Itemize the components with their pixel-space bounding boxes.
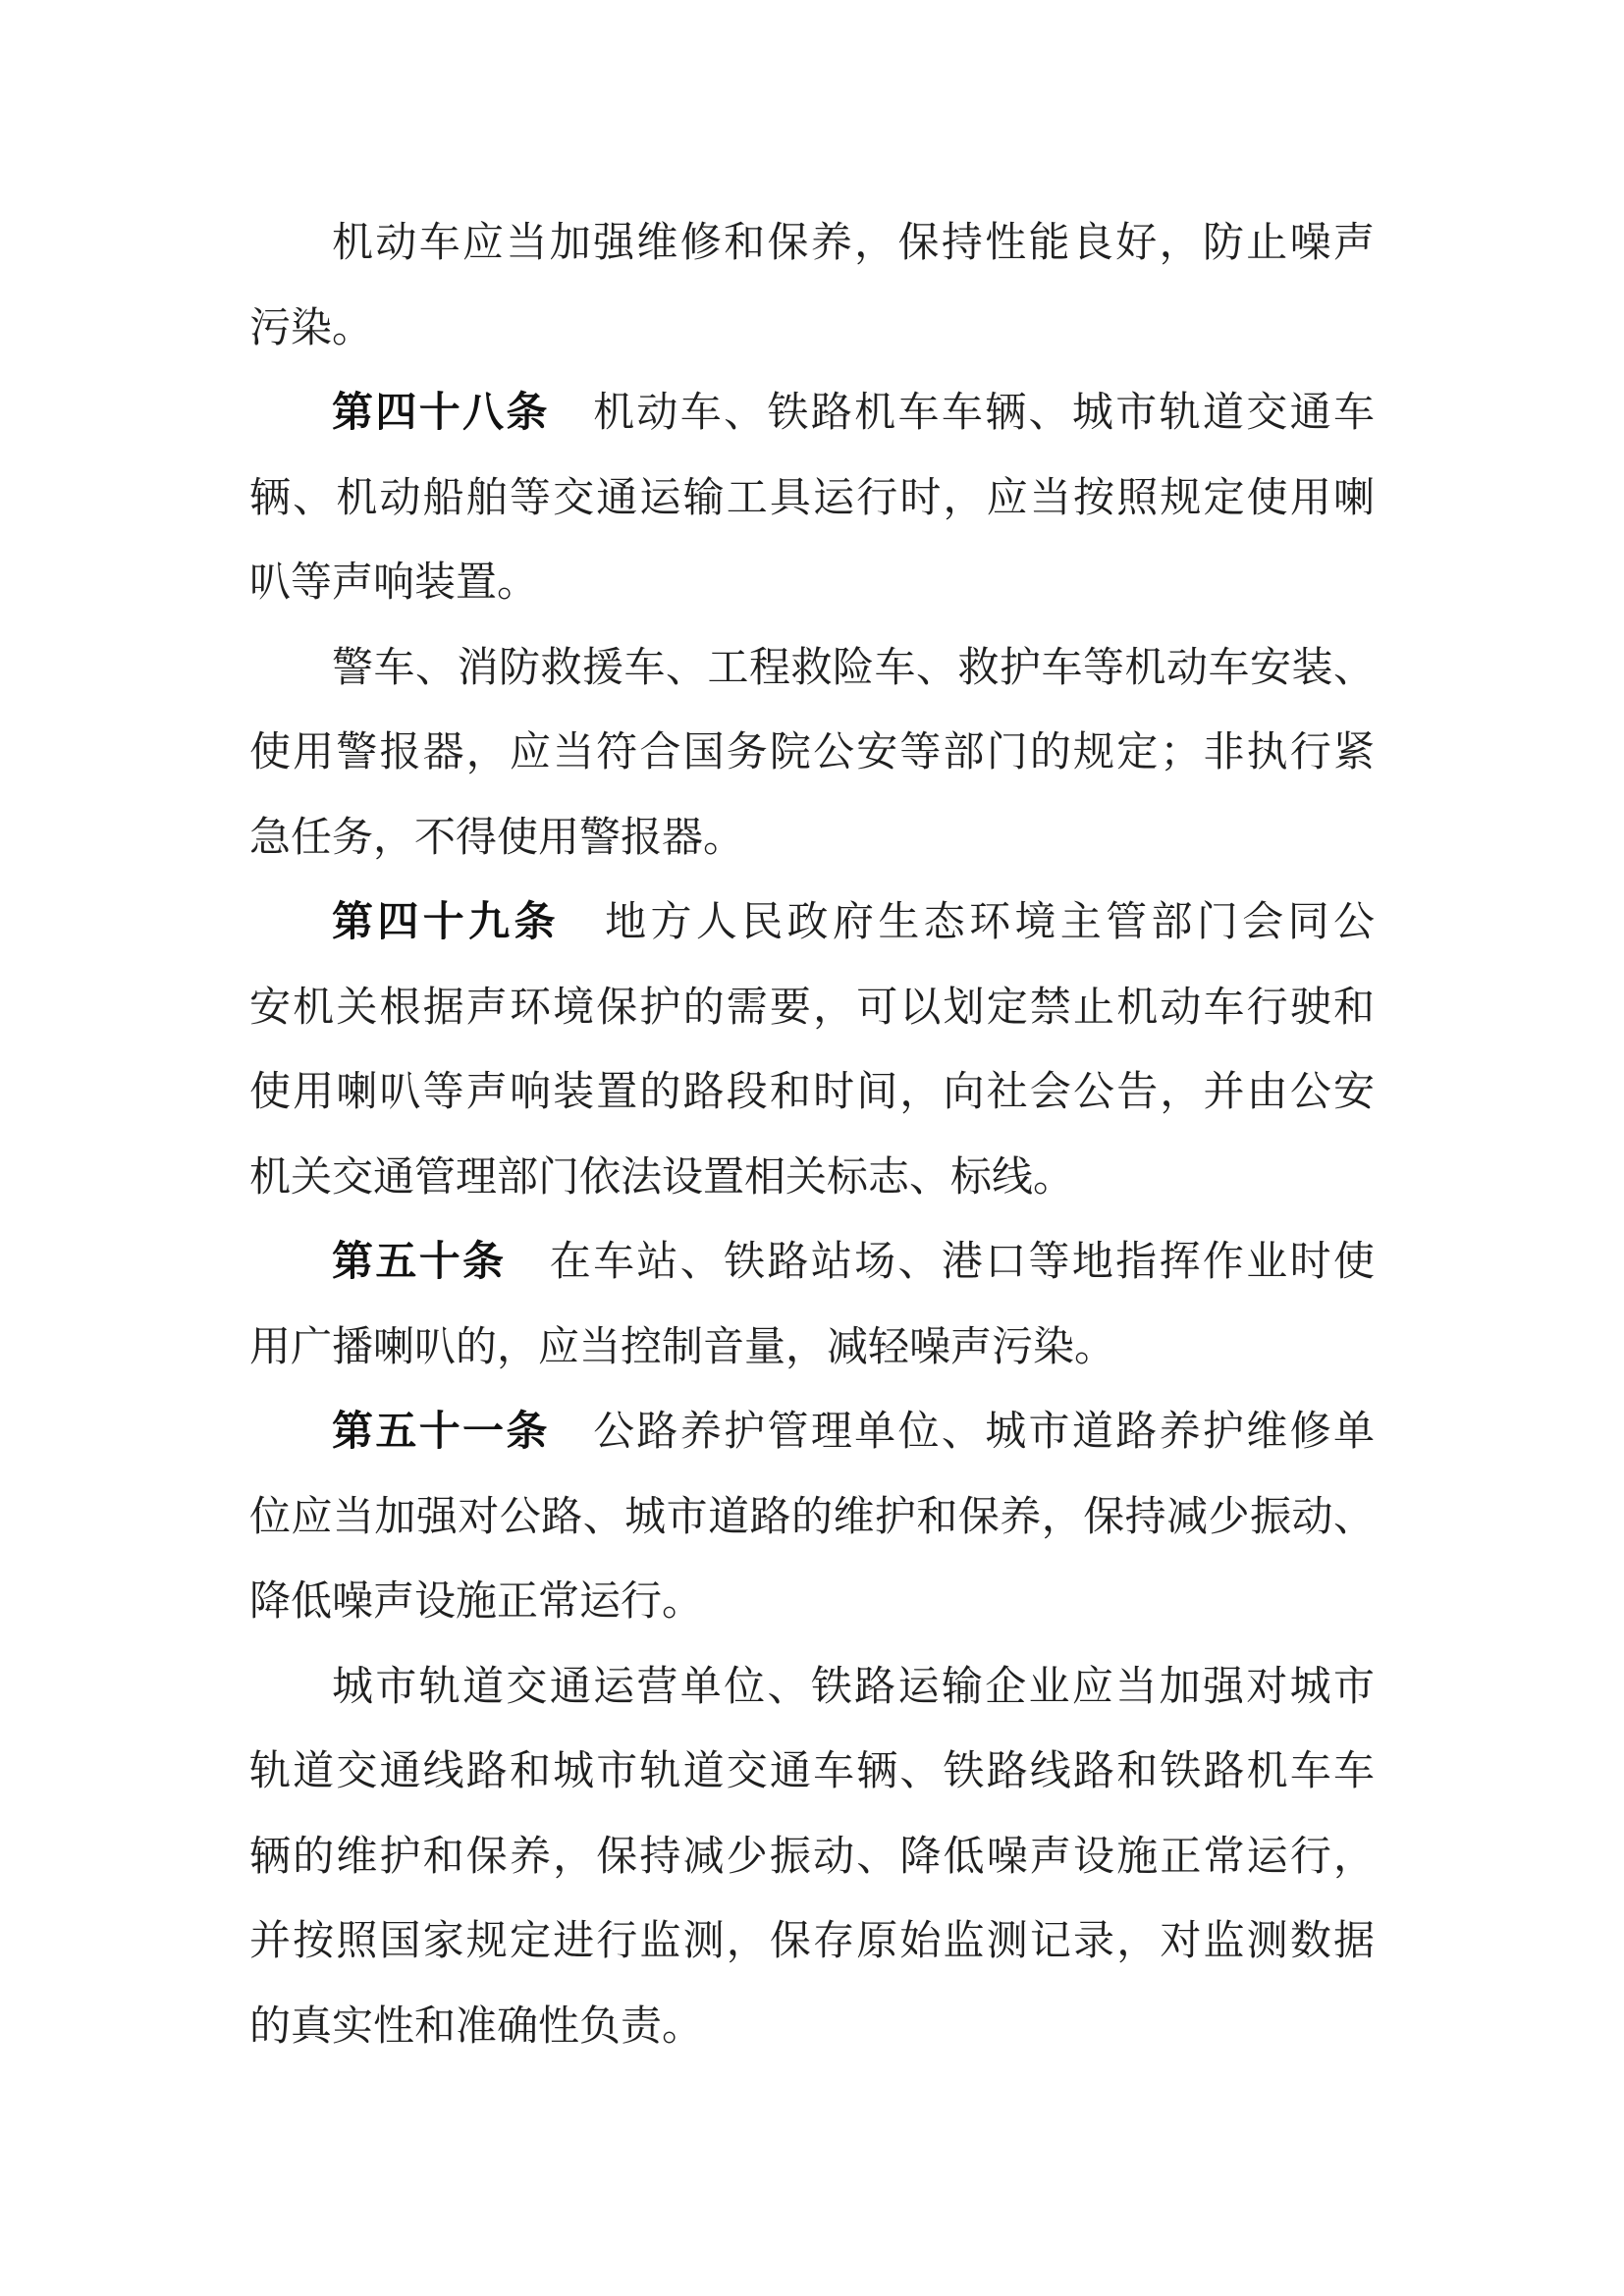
text-segment: 机动车应当加强维修和保养，保持性能良好，防止噪声 <box>332 221 1375 266</box>
text-segment: 公路养护管理单位、城市道路养护维修单 <box>550 1410 1375 1455</box>
article-number: 第五十一条 <box>332 1410 550 1455</box>
text-segment: 安机关根据声环境保护的需要，可以划定禁止机动车行驶和 <box>249 986 1375 1031</box>
text-line: 辆的维护和保养，保持减少振动、降低噪声设施正常运行， <box>249 1815 1375 1900</box>
text-segment: 轨道交通线路和城市轨道交通车辆、铁路线路和铁路机车车 <box>249 1749 1375 1794</box>
text-line: 机动车应当加强维修和保养，保持性能良好，防止噪声 <box>249 201 1375 287</box>
text-segment: 城市轨道交通运营单位、铁路运输企业应当加强对城市 <box>332 1665 1375 1710</box>
text-line: 轨道交通线路和城市轨道交通车辆、铁路线路和铁路机车车 <box>249 1730 1375 1815</box>
text-line: 污染。 <box>249 287 1375 372</box>
text-lines: 机动车应当加强维修和保养，保持性能良好，防止噪声污染。第四十八条 机动车、铁路机… <box>249 201 1375 2069</box>
text-segment: 使用喇叭等声响装置的路段和时间，向社会公告，并由公安 <box>249 1070 1375 1115</box>
text-segment: 的真实性和准确性负责。 <box>249 2004 703 2050</box>
text-line: 城市轨道交通运营单位、铁路运输企业应当加强对城市 <box>249 1645 1375 1731</box>
text-line: 辆、机动船舶等交通运输工具运行时，应当按照规定使用喇 <box>249 456 1375 542</box>
text-line: 第四十九条 地方人民政府生态环境主管部门会同公 <box>249 881 1375 966</box>
text-segment: 机动车、铁路机车车辆、城市轨道交通车 <box>550 391 1375 436</box>
text-segment: 机关交通管理部门依法设置相关标志、标线。 <box>249 1155 1074 1201</box>
document-page: 机动车应当加强维修和保养，保持性能良好，防止噪声污染。第四十八条 机动车、铁路机… <box>0 0 1624 2296</box>
text-segment: 急任务，不得使用警报器。 <box>249 816 744 861</box>
text-line: 用广播喇叭的，应当控制音量，减轻噪声污染。 <box>249 1306 1375 1391</box>
text-segment: 在车站、铁路站场、港口等地指挥作业时使 <box>506 1240 1375 1285</box>
text-segment: 降低噪声设施正常运行。 <box>249 1579 703 1625</box>
text-line: 第五十条 在车站、铁路站场、港口等地指挥作业时使 <box>249 1220 1375 1306</box>
article-number: 第五十条 <box>332 1240 506 1285</box>
text-line: 机关交通管理部门依法设置相关标志、标线。 <box>249 1136 1375 1221</box>
text-line: 的真实性和准确性负责。 <box>249 1985 1375 2070</box>
text-segment: 使用警报器，应当符合国务院公安等部门的规定；非执行紧 <box>249 730 1375 775</box>
text-line: 并按照国家规定进行监测，保存原始监测记录，对监测数据 <box>249 1899 1375 1985</box>
text-line: 警车、消防救援车、工程救险车、救护车等机动车安装、 <box>249 626 1375 712</box>
text-segment: 污染。 <box>249 306 373 351</box>
text-segment: 警车、消防救援车、工程救险车、救护车等机动车安装、 <box>332 646 1375 691</box>
text-line: 使用喇叭等声响装置的路段和时间，向社会公告，并由公安 <box>249 1050 1375 1136</box>
text-segment: 位应当加强对公路、城市道路的维护和保养，保持减少振动、 <box>249 1495 1375 1540</box>
text-line: 位应当加强对公路、城市道路的维护和保养，保持减少振动、 <box>249 1475 1375 1561</box>
text-segment: 用广播喇叭的，应当控制音量，减轻噪声污染。 <box>249 1325 1115 1370</box>
text-line: 第四十八条 机动车、铁路机车车辆、城市轨道交通车 <box>249 371 1375 456</box>
text-segment: 辆的维护和保养，保持减少振动、降低噪声设施正常运行， <box>249 1835 1375 1880</box>
text-line: 第五十一条 公路养护管理单位、城市道路养护维修单 <box>249 1390 1375 1475</box>
text-line: 安机关根据声环境保护的需要，可以划定禁止机动车行驶和 <box>249 966 1375 1051</box>
text-segment: 辆、机动船舶等交通运输工具运行时，应当按照规定使用喇 <box>249 476 1375 521</box>
text-segment: 叭等声响装置。 <box>249 561 538 606</box>
text-line: 降低噪声设施正常运行。 <box>249 1560 1375 1645</box>
article-number: 第四十八条 <box>332 391 550 436</box>
text-segment: 并按照国家规定进行监测，保存原始监测记录，对监测数据 <box>249 1919 1375 1964</box>
article-number: 第四十九条 <box>332 900 560 945</box>
text-segment: 地方人民政府生态环境主管部门会同公 <box>560 900 1375 945</box>
text-line: 急任务，不得使用警报器。 <box>249 796 1375 881</box>
text-line: 叭等声响装置。 <box>249 541 1375 626</box>
text-line: 使用警报器，应当符合国务院公安等部门的规定；非执行紧 <box>249 711 1375 796</box>
